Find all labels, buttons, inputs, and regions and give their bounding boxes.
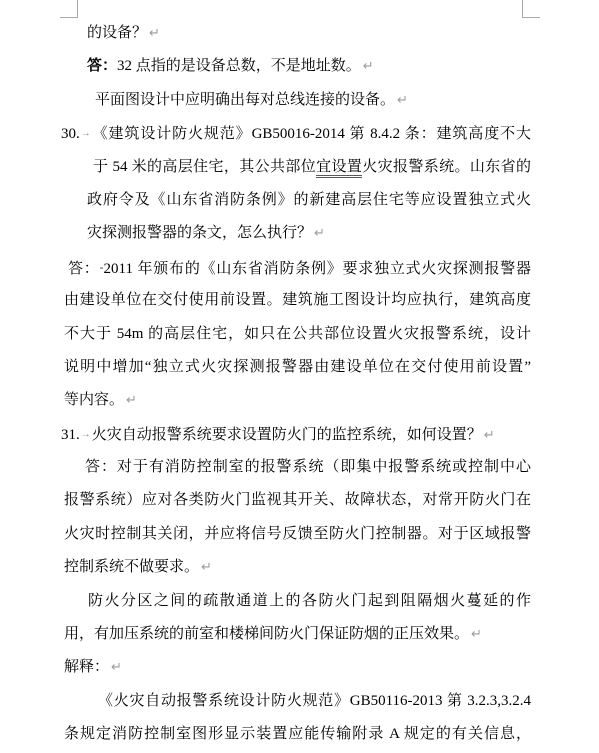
text-segment: 答：对于有消防控制室的报警系统（即集中报警系统或控制中心	[85, 459, 531, 475]
text-line: 答：-2011 年颁布的《山东省消防条例》要求独立式火灾探测报警器	[64, 251, 531, 284]
text-line: 说明中增加“独立式火灾探测报警器由建设单位在交付使用前设置”	[64, 351, 531, 384]
text-segment: 用，有加压系统的前室和楼梯间防火门保证防烟的正压效果。	[64, 626, 469, 642]
tab-mark-icon: →	[80, 128, 92, 139]
text-boundary-corner-top-right-icon	[522, 0, 540, 18]
tab-mark-icon: →	[80, 429, 92, 440]
text-line: 由建设单位在交付使用前设置。建筑施工图设计均应执行，建筑高度	[64, 284, 531, 317]
text-segment: 的设备？	[87, 25, 147, 41]
text-line: 答：对于有消防控制室的报警系统（即集中报警系统或控制中心	[64, 451, 531, 484]
text-segment: 由建设单位在交付使用前设置。建筑施工图设计均应执行，建筑高度	[64, 292, 531, 308]
paragraph-mark-icon: ↵	[199, 560, 212, 575]
paragraph-mark-icon: ↵	[482, 428, 495, 443]
document-body: 的设备？↵答：32 点指的是设备总数，不是地址数。↵平面图设计中应明确出每对总线…	[64, 17, 531, 752]
text-segment: 等内容。	[64, 392, 124, 408]
text-segment: 火灾自动报警系统要求设置防火门的监控系统，如何设置？	[92, 427, 482, 443]
text-line: 政府令及《山东省消防条例》的新建高层住宅等应设置独立式火	[64, 184, 531, 217]
text-line: 的设备？↵	[64, 17, 531, 50]
paragraph-mark-icon: ↵	[312, 226, 325, 241]
paragraph-mark-icon: ↵	[124, 393, 137, 408]
document-page: 的设备？↵答：32 点指的是设备总数，不是地址数。↵平面图设计中应明确出每对总线…	[0, 0, 599, 753]
text-line: 30.→《建筑设计防火规范》GB50016-2014 第 8.4.2 条：建筑高…	[61, 117, 531, 150]
text-line: 解释：↵	[64, 651, 531, 684]
paragraph-mark-icon: ↵	[395, 93, 408, 108]
underlined-phrase: 宜设置	[316, 159, 362, 178]
text-segment: 31.	[61, 427, 80, 443]
text-boundary-corner-top-left-icon	[60, 0, 78, 18]
text-segment: 答：	[68, 261, 100, 277]
text-segment: 灾探测报警器的条文，怎么执行？	[87, 225, 312, 241]
paragraph-mark-icon: ↵	[109, 660, 122, 675]
text-line: 平面图设计中应明确出每对总线连接的设备。↵	[64, 84, 531, 117]
text-line: 报警系统）应对各类防火门监视其开关、故障状态，对常开防火门在	[64, 484, 531, 517]
text-line: 防火分区之间的疏散通道上的各防火门起到阻隔烟火蔓延的作	[64, 585, 531, 618]
text-line: 等内容。↵	[64, 384, 531, 417]
text-segment: 解释：	[64, 659, 109, 675]
text-line: 答：32 点指的是设备总数，不是地址数。↵	[64, 50, 531, 83]
text-line: 于 54 米的高层住宅，其公共部位宜设置火灾报警系统。山东省的	[64, 151, 531, 184]
text-segment: 条规定消防控制室图形显示装置应能传输附录 A 规定的有关信息，	[64, 726, 531, 742]
text-line: 条规定消防控制室图形显示装置应能传输附录 A 规定的有关信息，	[64, 718, 531, 751]
text-segment: 于 54 米的高层住宅，其公共部位	[93, 159, 316, 175]
text-segment: 2011 年颁布的《山东省消防条例》要求独立式火灾探测报警器	[104, 261, 531, 277]
text-segment: 不大于 54m 的高层住宅，如只在公共部位设置火灾报警系统，设计	[64, 326, 531, 342]
text-segment: 火灾时控制其关闭，并应将信号反馈至防火门控制器。对于区域报警	[64, 526, 531, 542]
text-segment: 报警系统）应对各类防火门监视其开关、故障状态，对常开防火门在	[64, 492, 531, 508]
paragraph-mark-icon: ↵	[361, 59, 374, 74]
text-line: 不大于 54m 的高层住宅，如只在公共部位设置火灾报警系统，设计	[64, 318, 531, 351]
text-segment: 30.	[61, 126, 80, 142]
text-segment: 防火分区之间的疏散通道上的各防火门起到阻隔烟火蔓延的作	[88, 593, 531, 609]
text-segment: 32 点指的是设备总数，不是地址数。	[117, 58, 361, 74]
text-segment: 政府令及《山东省消防条例》的新建高层住宅等应设置独立式火	[87, 192, 531, 208]
text-segment: 平面图设计中应明确出每对总线连接的设备。	[95, 92, 395, 108]
text-segment: 控制系统不做要求。	[64, 559, 199, 575]
text-segment: 《建筑设计防火规范》GB50016-2014 第 8.4.2 条：建筑高度不大	[92, 126, 531, 142]
text-line: 《火灾自动报警系统设计防火规范》GB50116-2013 第 3.2.3,3.2…	[64, 685, 531, 718]
answer-label: 答：	[87, 58, 117, 74]
text-line: 火灾时控制其关闭，并应将信号反馈至防火门控制器。对于区域报警	[64, 518, 531, 551]
paragraph-mark-icon: ↵	[469, 627, 482, 642]
paragraph-mark-icon: ↵	[147, 26, 160, 41]
text-line: 31.→火灾自动报警系统要求设置防火门的监控系统，如何设置？↵	[61, 418, 531, 451]
text-segment: 《火灾自动报警系统设计防火规范》GB50116-2013 第 3.2.3,3.2…	[98, 693, 531, 709]
text-segment: 说明中增加“独立式火灾探测报警器由建设单位在交付使用前设置”	[64, 359, 531, 375]
text-line: 用，有加压系统的前室和楼梯间防火门保证防烟的正压效果。↵	[64, 618, 531, 651]
text-segment: 火灾报警系统。山东省的	[362, 159, 531, 175]
text-line: 灾探测报警器的条文，怎么执行？↵	[64, 217, 531, 250]
text-line: 控制系统不做要求。↵	[64, 551, 531, 584]
